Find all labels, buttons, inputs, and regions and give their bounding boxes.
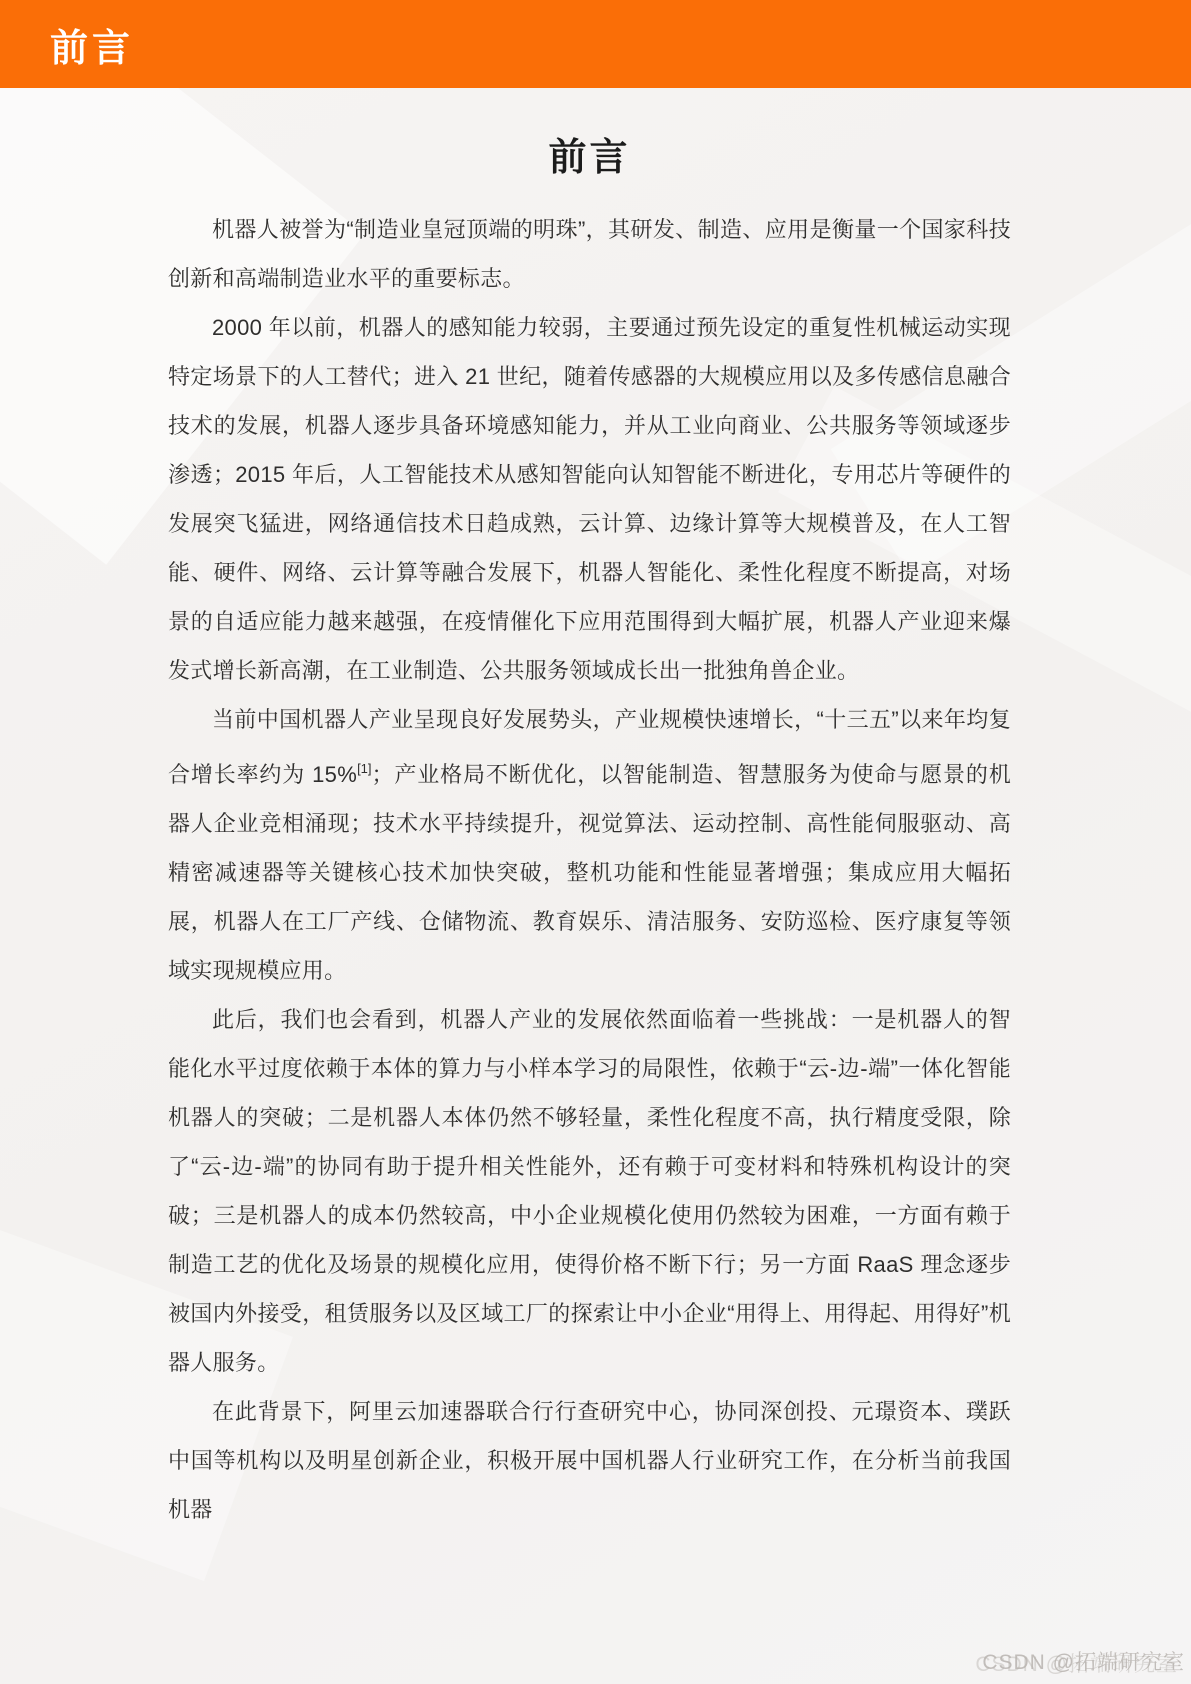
section-banner: 前言 — [0, 0, 1191, 88]
banner-title: 前言 — [50, 17, 134, 72]
paragraph: 当前中国机器人产业呈现良好发展势头，产业规模快速增长，“十三五”以来年均复合增长… — [168, 695, 1011, 995]
watermark-text: CSDN @拓端研究室 — [982, 1651, 1185, 1674]
watermark: CSDN @拓端研究室 CSDN @拓端研究室 — [982, 1646, 1185, 1676]
page-title: 前言 — [168, 126, 1011, 181]
paragraph-text: 机器人被誉为“制造业皇冠顶端的明珠”，其研发、制造、应用是衡量一个国家科技创新和… — [168, 217, 1011, 291]
paragraph: 机器人被誉为“制造业皇冠顶端的明珠”，其研发、制造、应用是衡量一个国家科技创新和… — [168, 205, 1011, 303]
paragraph: 在此背景下，阿里云加速器联合行行查研究中心，协同深创投、元璟资本、璞跃中国等机构… — [168, 1387, 1011, 1534]
paragraph-text: 此后，我们也会看到，机器人产业的发展依然面临着一些挑战：一是机器人的智能化水平过… — [168, 1007, 1011, 1375]
paragraph: 2000 年以前，机器人的感知能力较弱，主要通过预先设定的重复性机械运动实现特定… — [168, 303, 1011, 695]
paragraph-text: 在此背景下，阿里云加速器联合行行查研究中心，协同深创投、元璟资本、璞跃中国等机构… — [168, 1399, 1011, 1522]
paragraph: 此后，我们也会看到，机器人产业的发展依然面临着一些挑战：一是机器人的智能化水平过… — [168, 995, 1011, 1387]
document-body: 前言 机器人被誉为“制造业皇冠顶端的明珠”，其研发、制造、应用是衡量一个国家科技… — [0, 88, 1191, 1534]
paragraph-text: 2000 年以前，机器人的感知能力较弱，主要通过预先设定的重复性机械运动实现特定… — [168, 315, 1011, 683]
footnote-ref: [1] — [357, 761, 371, 776]
document-page: 前言 前言 机器人被誉为“制造业皇冠顶端的明珠”，其研发、制造、应用是衡量一个国… — [0, 0, 1191, 1684]
paragraph-text: ；产业格局不断优化，以智能制造、智慧服务为使命与愿景的机器人企业竞相涌现；技术水… — [168, 762, 1011, 983]
